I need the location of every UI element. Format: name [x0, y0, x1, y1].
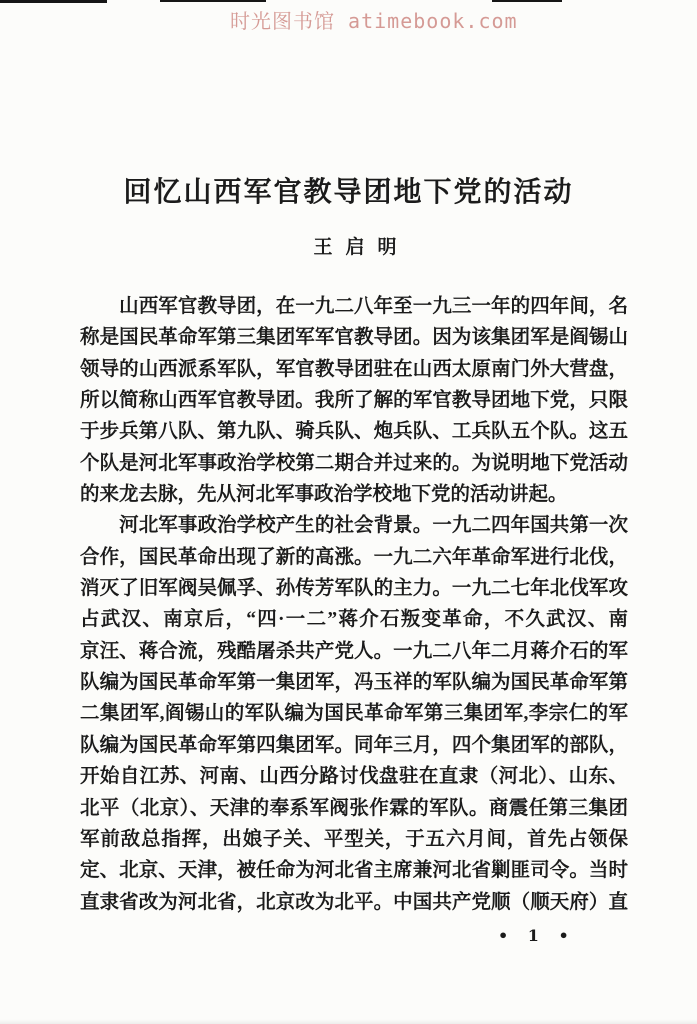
scan-bottom-shadow [0, 1019, 697, 1024]
text-line: 定、北京、天津，被任命为河北省主席兼河北省剿匪司令。当时 [80, 855, 628, 886]
body-text: 山西军官教导团，在一九二八年至一九三一年的四年间，名称是国民革命军第三集团军军官… [80, 291, 628, 918]
article-title: 回忆山西军官教导团地下党的活动 [0, 170, 697, 210]
text-line: 个队是河北军事政治学校第二期合并过来的。为说明地下党活动 [80, 448, 628, 479]
text-line: 消灭了旧军阀吴佩孚、孙传芳军队的主力。一九二七年北伐军攻 [80, 573, 628, 604]
text-line: 队编为国民革命军第一集团军，冯玉祥的军队编为国民革命军第 [80, 667, 628, 698]
scanned-book-page: 时光图书馆 atimebook.com 回忆山西军官教导团地下党的活动 王启明 … [0, 0, 697, 1024]
text-line: 于步兵第八队、第九队、骑兵队、炮兵队、工兵队五个队。这五 [80, 416, 628, 447]
text-line: 的来龙去脉，先从河北军事政治学校地下党的活动讲起。 [80, 479, 628, 510]
text-line: 军前敌总指挥，出娘子关、平型关，于五六月间，首先占领保 [80, 824, 628, 855]
text-line: 开始自江苏、河南、山西分路讨伐盘驻在直隶（河北）、山东、 [80, 761, 628, 792]
text-line: 二集团军,阎锡山的军队编为国民革命军第三集团军,李宗仁的军 [80, 698, 628, 729]
text-line: 所以简称山西军官教导团。我所了解的军官教导团地下党，只限 [80, 385, 628, 416]
text-line: 京汪、蒋合流，残酷屠杀共产党人。一九二八年二月蒋介石的军 [80, 636, 628, 667]
scan-edge-mark [0, 0, 107, 3]
article-author: 王启明 [13, 232, 697, 259]
text-line: 称是国民革命军第三集团军军官教导团。因为该集团军是阎锡山 [80, 322, 628, 353]
text-line: 占武汉、南京后，“四·一二”蒋介石叛变革命，不久武汉、南 [80, 604, 628, 635]
text-line: 河北军事政治学校产生的社会背景。一九二四年国共第一次 [80, 510, 628, 541]
text-line: 队编为国民革命军第四集团军。同年三月，四个集团军的部队， [80, 730, 628, 761]
scan-edge-mark [492, 0, 562, 2]
text-line: 北平（北京）、天津的奉系军阀张作霖的军队。商震任第三集团 [80, 793, 628, 824]
text-line: 山西军官教导团，在一九二八年至一九三一年的四年间，名 [80, 291, 628, 322]
text-line: 领导的山西派系军队，军官教导团驻在山西太原南门外大营盘， [80, 354, 628, 385]
scan-edge-mark [160, 0, 266, 2]
text-line: 合作，国民革命出现了新的高涨。一九二六年革命军进行北伐， [80, 542, 628, 573]
library-watermark: 时光图书馆 atimebook.com [230, 5, 518, 34]
text-line: 直隶省改为河北省，北京改为北平。中国共产党顺（顺天府）直 [80, 887, 628, 918]
page-number: • 1 • [498, 926, 576, 945]
